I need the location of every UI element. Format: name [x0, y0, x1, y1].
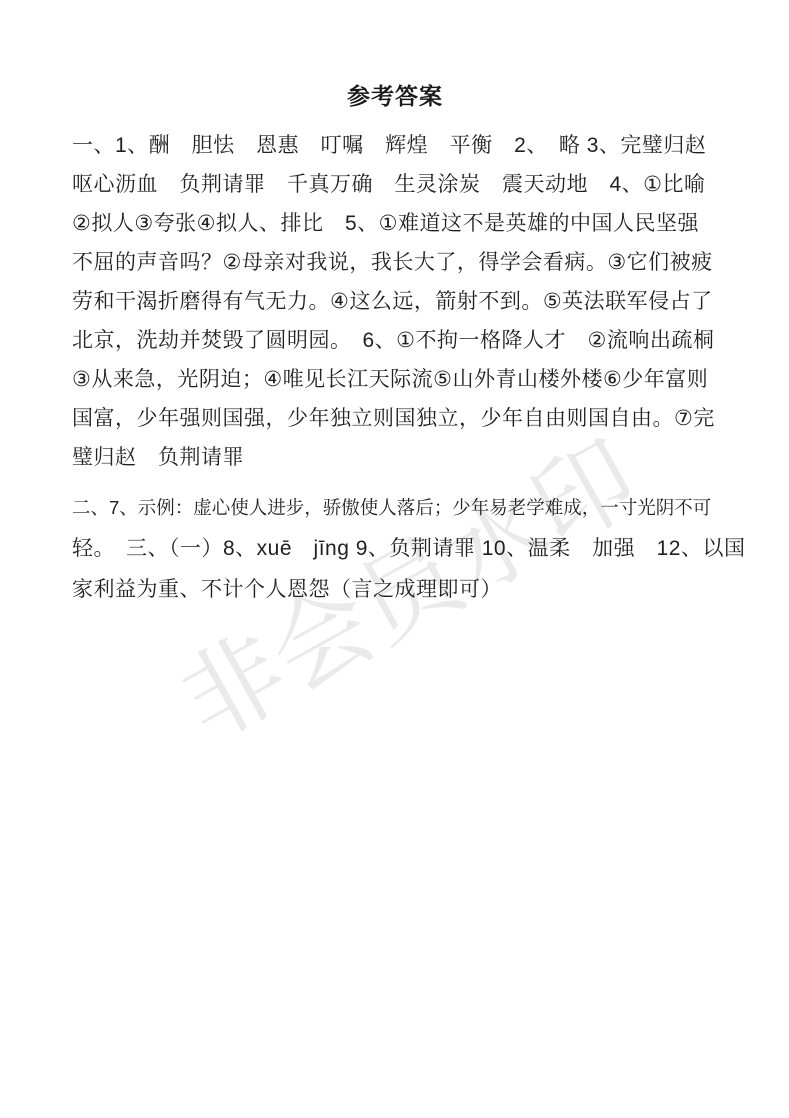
answer-sheet-page: 非会员水印 参考答案 一、1、酬 胆怯 恩惠 叮嘱 辉煌 平衡 2、 略 3、完… [0, 0, 789, 1118]
text-line: 璧归赵 负荆请罪 [72, 438, 718, 477]
text-line: 不屈的声音吗？②母亲对我说，我长大了，得学会看病。③它们被疲 [72, 243, 718, 282]
text-line: ③从来急，光阴迫；④唯见长江天际流⑤山外青山楼外楼⑥少年富则 [72, 360, 718, 399]
text-line: 二、7、示例：虚心使人进步，骄傲使人落后；少年易老学难成，一寸光阴不可 [72, 487, 718, 528]
paragraph-container: 一、1、酬 胆怯 恩惠 叮嘱 辉煌 平衡 2、 略 3、完璧归赵呕心沥血 负荆请… [72, 126, 718, 610]
text-line: 呕心沥血 负荆请罪 千真万确 生灵涂炭 震天动地 4、①比喻 [72, 165, 718, 204]
page-title: 参考答案 [72, 0, 718, 110]
text-line: 一、1、酬 胆怯 恩惠 叮嘱 辉煌 平衡 2、 略 3、完璧归赵 [72, 126, 718, 165]
text-line: 轻。 三、（一）8、xuē jīng 9、负荆请罪 10、温柔 加强 12、以国 [72, 528, 718, 569]
text-line: 劳和干渴折磨得有气无力。④这么远，箭射不到。⑤英法联军侵占了 [72, 282, 718, 321]
paragraph: 一、1、酬 胆怯 恩惠 叮嘱 辉煌 平衡 2、 略 3、完璧归赵呕心沥血 负荆请… [72, 126, 718, 477]
text-line: ②拟人③夸张④拟人、排比 5、①难道这不是英雄的中国人民坚强 [72, 204, 718, 243]
text-line: 家利益为重、不计个人恩怨（言之成理即可） [72, 569, 718, 610]
paragraph: 二、7、示例：虚心使人进步，骄傲使人落后；少年易老学难成，一寸光阴不可轻。 三、… [72, 487, 718, 610]
answer-content: 参考答案 一、1、酬 胆怯 恩惠 叮嘱 辉煌 平衡 2、 略 3、完璧归赵呕心沥… [72, 0, 718, 610]
text-line: 北京，洗劫并焚毁了圆明园。 6、①不拘一格降人才 ②流响出疏桐 [72, 321, 718, 360]
text-line: 国富，少年强则国强，少年独立则国独立，少年自由则国自由。⑦完 [72, 399, 718, 438]
